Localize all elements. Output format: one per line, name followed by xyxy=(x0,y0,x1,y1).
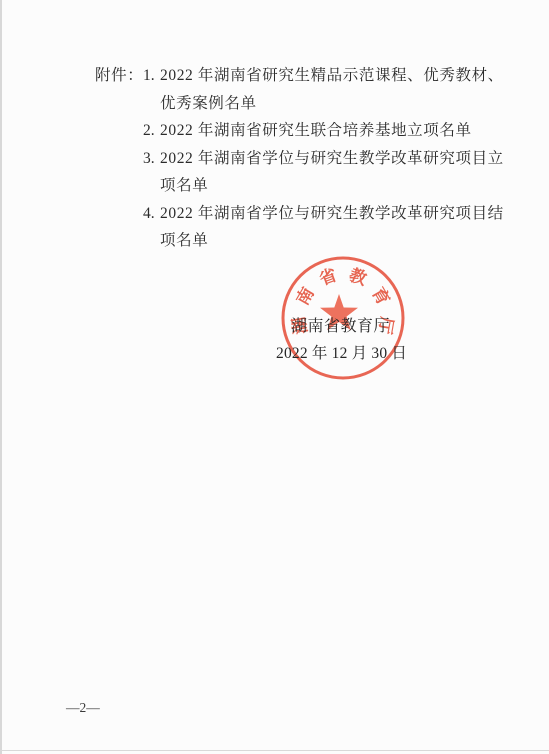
scan-edge-left xyxy=(0,0,2,754)
seal-arc-char: 省 xyxy=(317,264,340,289)
seal-arc-char: 南 xyxy=(292,284,318,309)
signature-date: 2022 年 12 月 30 日 xyxy=(276,341,407,363)
attachment-item-4: 4. 2022 年湖南省学位与研究生教学改革研究项目结 项名单 xyxy=(143,200,504,255)
attachment-item-3: 3. 2022 年湖南省学位与研究生教学改革研究项目立 项名单 xyxy=(143,145,504,200)
attachment-item-text: 2022 年湖南省学位与研究生教学改革研究项目结 xyxy=(160,200,504,228)
page-number: —2— xyxy=(66,700,100,716)
attachment-item-text: 优秀案例名单 xyxy=(160,90,504,118)
attachment-items: 1. 2022 年湖南省研究生精品示范课程、优秀教材、 优秀案例名单 2. 20… xyxy=(143,62,504,255)
scan-edge-bottom xyxy=(0,750,549,751)
attachment-item-number: 1. xyxy=(143,62,160,90)
seal-arc-char: 教 xyxy=(347,264,371,289)
attachment-item-text: 2022 年湖南省研究生联合培养基地立项名单 xyxy=(160,117,472,145)
attachment-item-number: 3. xyxy=(143,145,160,173)
attachment-item-number: 2. xyxy=(143,117,160,145)
attachment-item-1: 1. 2022 年湖南省研究生精品示范课程、优秀教材、 优秀案例名单 xyxy=(143,62,504,117)
attachment-item-text: 项名单 xyxy=(160,227,504,255)
attachment-item-text: 项名单 xyxy=(160,172,504,200)
attachment-item-number: 4. xyxy=(143,200,160,228)
attachment-item-2: 2. 2022 年湖南省研究生联合培养基地立项名单 xyxy=(143,117,504,145)
attachment-label: 附件： xyxy=(95,62,143,90)
signature-issuer: 湖南省教育厅 xyxy=(291,313,390,336)
seal-arc-char: 育 xyxy=(368,284,394,309)
document-page: 附件： 1. 2022 年湖南省研究生精品示范课程、优秀教材、 优秀案例名单 2… xyxy=(0,0,549,754)
attachment-item-text: 2022 年湖南省学位与研究生教学改革研究项目立 xyxy=(160,145,504,173)
attachment-block: 附件： 1. 2022 年湖南省研究生精品示范课程、优秀教材、 优秀案例名单 2… xyxy=(95,62,504,255)
attachment-item-text: 2022 年湖南省研究生精品示范课程、优秀教材、 xyxy=(160,62,504,90)
